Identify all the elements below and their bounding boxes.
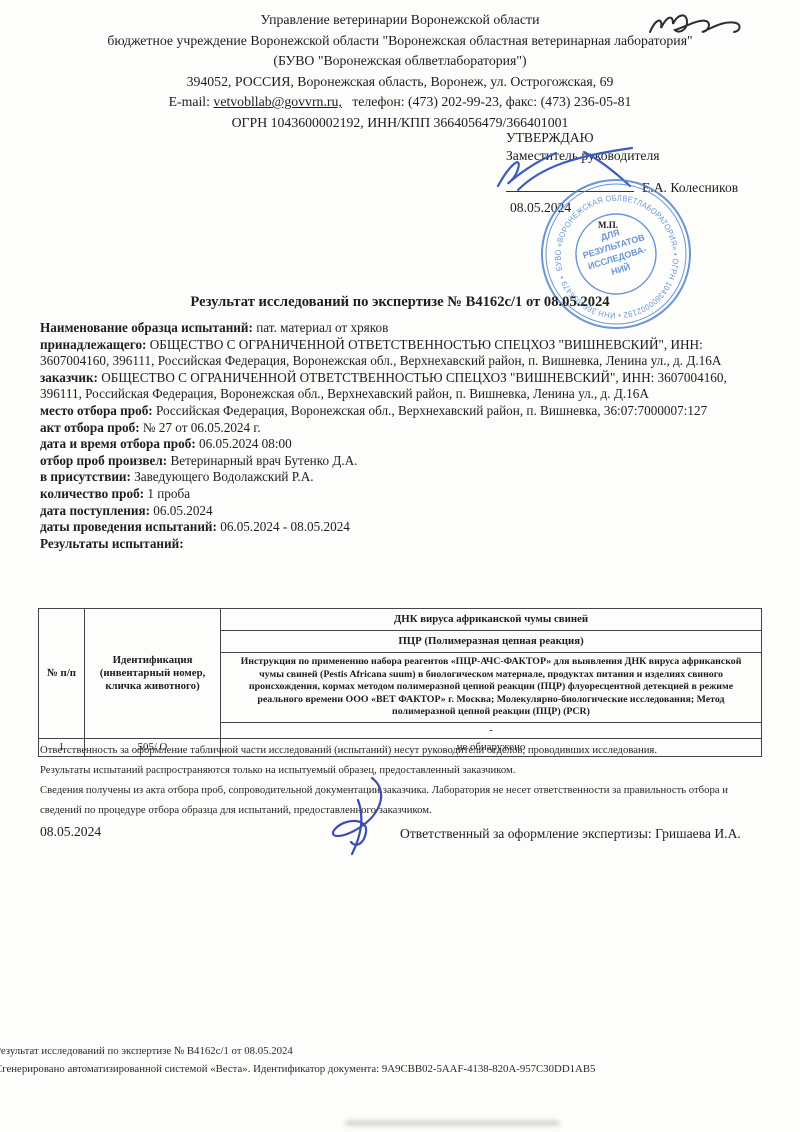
phone-fax: телефон: (473) 202-99-23, факс: (473) 23… <box>352 94 631 109</box>
results-table: № п/п Идентификация (инвентарный номер, … <box>38 608 762 757</box>
instruction-cell: Инструкция по применению набора реагенто… <box>221 653 762 723</box>
responsible-person: Ответственный за оформление экспертизы: … <box>400 826 741 842</box>
test-name-cell: ДНК вируса африканской чумы свиней <box>221 609 762 631</box>
bottom-system-lines: Результат исследований по экспертизе № В… <box>0 1042 735 1078</box>
field-customer: заказчик: ОБЩЕСТВО С ОГРАНИЧЕННОЙ ОТВЕТС… <box>40 370 764 403</box>
field-sample-name: Наименование образца испытаний: пат. мат… <box>40 320 764 337</box>
col-header-identification: Идентификация (инвентарный номер, кличка… <box>85 609 221 739</box>
letterhead-line-address: 394052, РОССИЯ, Воронежская область, Вор… <box>0 72 800 93</box>
mp-label: М.П. <box>598 220 618 230</box>
bottom-document-id-line: Сгенерировано автоматизированной системо… <box>0 1060 735 1078</box>
sample-details: Наименование образца испытаний: пат. мат… <box>40 320 764 608</box>
executor-signature <box>316 770 406 860</box>
email-label: E-mail: <box>169 94 210 109</box>
signoff-date: 08.05.2024 <box>40 824 101 840</box>
document-page: Управление ветеринарии Воронежской облас… <box>0 0 800 1132</box>
bottom-expertise-line: Результат исследований по экспертизе № В… <box>0 1042 735 1060</box>
handwritten-initials <box>644 4 756 46</box>
field-sampling-datetime: дата и время отбора проб: 06.05.2024 08:… <box>40 436 764 453</box>
field-owner: принадлежащего: ОБЩЕСТВО С ОГРАНИЧЕННОЙ … <box>40 337 764 370</box>
letterhead-line-short-name: (БУВО "Воронежская облветлаборатория") <box>0 51 800 72</box>
field-sampler: отбор проб произвел: Ветеринарный врач Б… <box>40 453 764 470</box>
field-sampling-act: акт отбора проб: № 27 от 06.05.2024 г. <box>40 420 764 437</box>
field-sample-count: количество проб: 1 проба <box>40 486 764 503</box>
results-heading: Результаты испытаний: <box>40 536 764 553</box>
field-receipt-date: дата поступления: 06.05.2024 <box>40 503 764 520</box>
note: Ответственность за оформление табличной … <box>40 740 766 760</box>
col-header-number: № п/п <box>39 609 85 739</box>
scan-artifact <box>345 1120 560 1126</box>
email-address: vetvobllab@govvrn.ru, <box>213 94 341 109</box>
field-sampling-place: место отбора проб: Российская Федерация,… <box>40 403 764 420</box>
results-table-wrapper: № п/п Идентификация (инвентарный номер, … <box>38 608 762 757</box>
method-cell: ПЦР (Полимеразная цепная реакция) <box>221 631 762 653</box>
field-test-dates: даты проведения испытаний: 06.05.2024 - … <box>40 519 764 536</box>
letterhead-line-contacts: E-mail: vetvobllab@govvrn.ru, телефон: (… <box>0 92 800 113</box>
units-cell: - <box>221 722 762 738</box>
page-title: Результат исследований по экспертизе № В… <box>0 294 800 311</box>
field-witness: в присутствии: Заведующего Водолажский Р… <box>40 469 764 486</box>
